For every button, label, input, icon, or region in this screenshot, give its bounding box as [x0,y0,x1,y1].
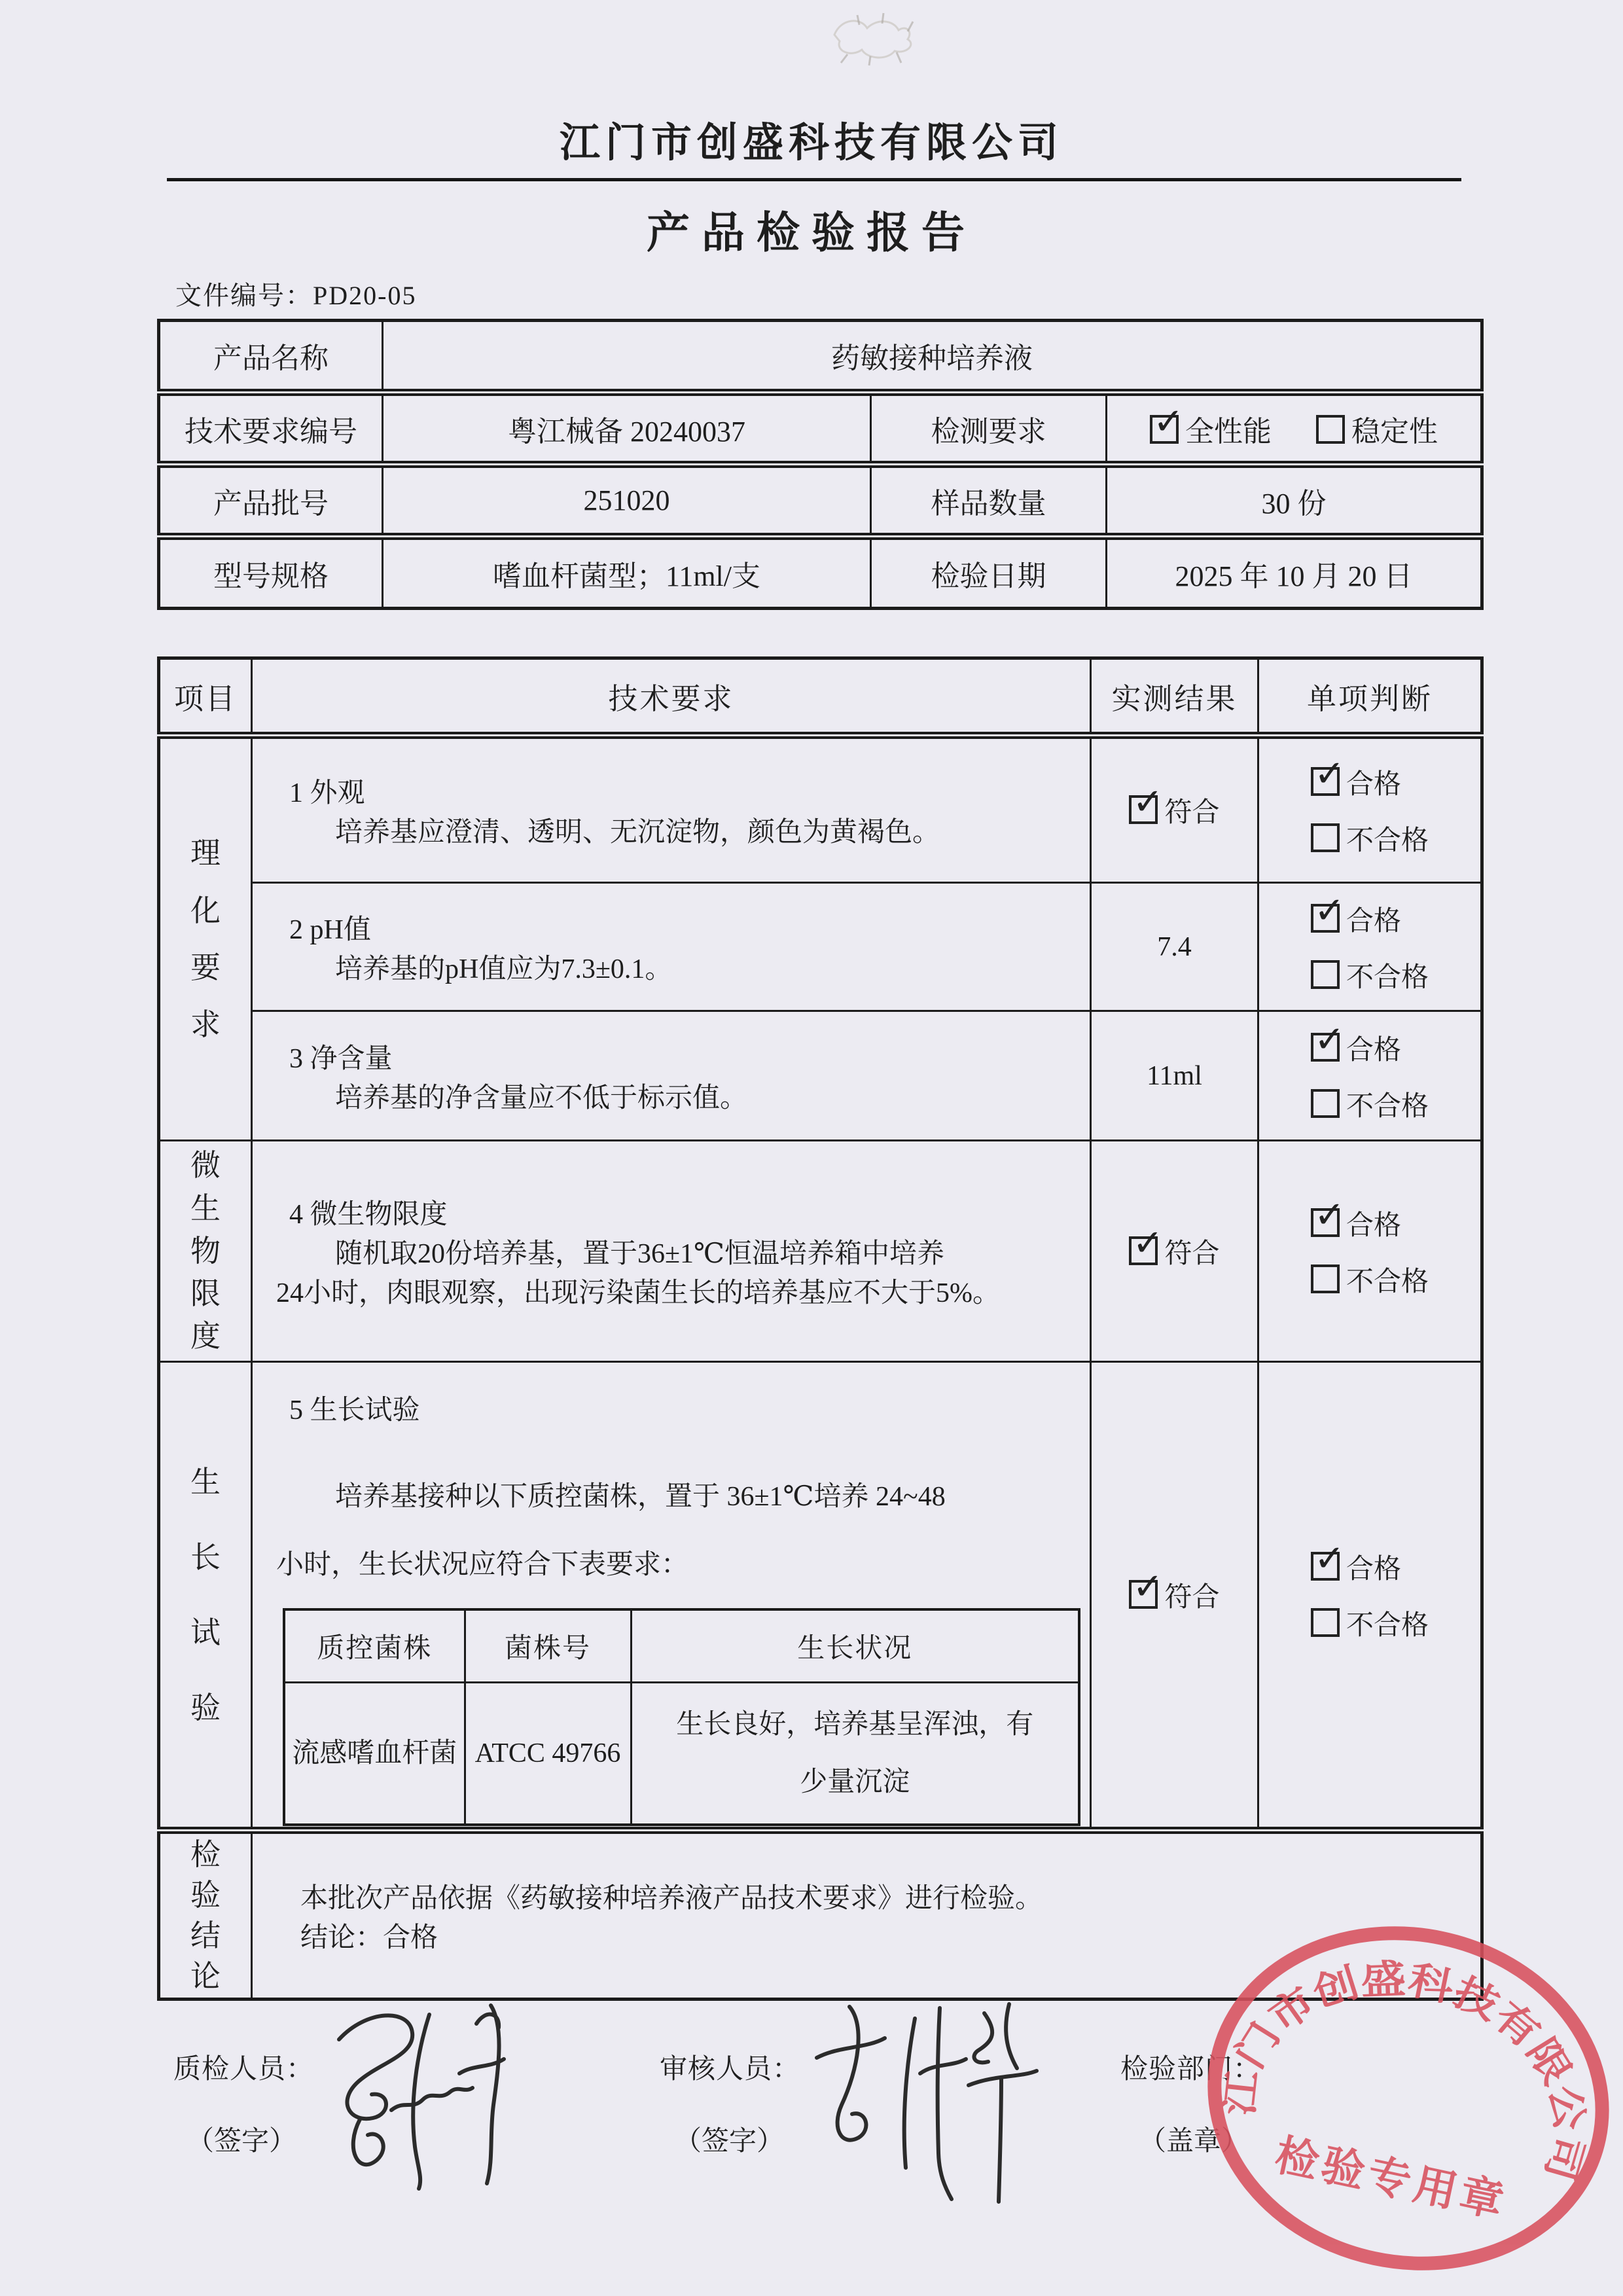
requirement-text: 培养基接种以下质控菌株，置于 36±1℃培养 24~48 [253,1475,1089,1514]
table-row: 产品批号 251020 样品数量 30 份 [159,465,1482,537]
reviewer-sign-hint: （签字） [674,2119,784,2159]
requirement-text: 培养基的净含量应不低于标示值。 [253,1076,1089,1115]
requirement-text: 小时，生长状况应符合下表要求： [253,1543,1089,1582]
result-text: 符合 [1164,1583,1219,1613]
judgement-ph: 合格 不合格 [1258,883,1482,1011]
fail-label: 不合格 [1346,963,1429,993]
table-row: 2 pH值 培养基的pH值应为7.3±0.1。 7.4 合格 不合格 [159,883,1482,1011]
requirement-text: 24小时，肉眼观察，出现污染菌生长的培养基应不大于5%。 [253,1271,1089,1310]
judgement-appearance: 合格 不合格 [1258,736,1482,883]
requirement-title: 2 pH值 [253,908,1089,947]
table-row: 技术要求编号 粤江械备 20240037 检测要求 全性能 稳定性 [159,393,1482,465]
header-divider [167,178,1461,181]
test-req-value: 全性能 稳定性 [1107,393,1482,465]
table-row: 型号规格 嗜血杆菌型；11ml/支 检验日期 2025 年 10 月 20 日 [159,537,1482,609]
checkbox-result-checked [1129,1580,1158,1609]
page-title: 产品检验报告 [0,198,1623,260]
product-info-table: 产品名称 药敏接种培养液 技术要求编号 粤江械备 20240037 检测要求 全… [157,319,1484,610]
sample-qty-value: 30 份 [1107,465,1482,537]
fail-label: 不合格 [1346,1267,1429,1297]
checkbox-result-checked [1129,795,1158,824]
requirement-title: 1 外观 [253,771,1089,810]
result-micro-limit: 符合 [1091,1141,1258,1362]
checkbox-stability-unchecked [1316,415,1345,444]
pass-label: 合格 [1346,1554,1401,1585]
result-appearance: 符合 [1091,736,1258,883]
group-label-micro: 微生物限度 [159,1141,252,1362]
scan-smudge-artifact [821,5,939,71]
document-number: 文件编号：PD20-05 [175,275,416,312]
growth-status-line: 少量沉淀 [633,1753,1078,1811]
strain-no-value: ATCC 49766 [465,1683,631,1825]
qc-signature [281,1995,537,2198]
result-ph: 7.4 [1091,883,1258,1011]
model-value: 嗜血杆菌型；11ml/支 [383,537,871,609]
requirement-micro-limit: 4 微生物限度 随机取20份培养基，置于36±1℃恒温培养箱中培养 24小时，肉… [252,1141,1091,1362]
group-label-physchem: 理化要求 [159,736,252,1141]
judgement-growth-test: 合格 不合格 [1258,1362,1482,1831]
stamp-caption-text: 检验专用章 [1271,2132,1511,2227]
date-label: 检验日期 [871,537,1107,609]
stability-label: 稳定性 [1351,416,1438,448]
result-text: 符合 [1164,1239,1219,1269]
pass-label: 合格 [1346,770,1401,800]
reviewer-signature [798,1990,1047,2212]
product-name-label: 产品名称 [159,321,383,393]
requirement-title: 4 微生物限度 [253,1193,1089,1232]
requirement-text: 随机取20份培养基，置于36±1℃恒温培养箱中培养 [253,1232,1089,1271]
inspection-result-table: 项目 技术要求 实测结果 单项判断 理化要求 1 外观 培养基应澄清、透明、无沉… [157,656,1484,2001]
group-label-growth: 生长试验 [159,1362,252,1831]
judgement-micro-limit: 合格 不合格 [1258,1141,1482,1362]
fail-label: 不合格 [1346,826,1429,856]
checkbox-fail-unchecked [1311,960,1340,989]
batch-label: 产品批号 [159,465,383,537]
group-label-conclusion: 检验结论 [159,1831,252,2000]
requirement-text: 培养基的pH值应为7.3±0.1。 [253,947,1089,986]
batch-value: 251020 [383,465,871,537]
pass-label: 合格 [1346,906,1401,937]
full-performance-option: 全性能 [1150,416,1272,448]
requirement-growth-test: 5 生长试验 培养基接种以下质控菌株，置于 36±1℃培养 24~48 小时，生… [252,1362,1091,1831]
requirement-title: 3 净含量 [253,1037,1089,1076]
requirement-title: 5 生长试验 [253,1388,1089,1427]
table-row: 3 净含量 培养基的净含量应不低于标示值。 11ml 合格 不合格 [159,1011,1482,1141]
col-header-judgement: 单项判断 [1258,658,1482,736]
checkbox-fail-unchecked [1311,1089,1340,1118]
conclusion-basis: 本批次产品依据《药敏接种培养液产品技术要求》进行检验。 [253,1876,1480,1916]
company-inspection-stamp: 江门市创盛科技有限公司 检验专用章 [1196,1926,1620,2271]
table-row: 微生物限度 4 微生物限度 随机取20份培养基，置于36±1℃恒温培养箱中培养 … [159,1141,1482,1362]
company-name: 江门市创盛科技有限公司 [0,110,1623,168]
checkbox-pass-checked [1311,767,1340,796]
full-performance-label: 全性能 [1185,416,1272,448]
result-text: 符合 [1164,798,1219,828]
col-header-requirement: 技术要求 [252,658,1091,736]
product-name-value: 药敏接种培养液 [383,321,1482,393]
col-header-result: 实测结果 [1091,658,1258,736]
requirement-appearance: 1 外观 培养基应澄清、透明、无沉淀物，颜色为黄褐色。 [252,736,1091,883]
sample-qty-label: 样品数量 [871,465,1107,537]
qc-strain-value: 流感嗜血杆菌 [284,1683,465,1825]
result-growth-test: 符合 [1091,1362,1258,1831]
qc-sign-hint: （签字） [187,2119,296,2159]
checkbox-result-checked [1129,1236,1158,1265]
document-number-value: PD20-05 [313,281,416,310]
fail-label: 不合格 [1346,1611,1429,1641]
checkbox-pass-checked [1311,904,1340,933]
growth-status-value: 生长良好，培养基呈浑浊，有 少量沉淀 [631,1683,1079,1825]
scanned-report-page: 江门市创盛科技有限公司 产品检验报告 文件编号：PD20-05 产品名称 药敏接… [0,0,1623,2296]
result-net-content: 11ml [1091,1011,1258,1141]
table-row: 理化要求 1 外观 培养基应澄清、透明、无沉淀物，颜色为黄褐色。 符合 合格 不… [159,736,1482,883]
document-number-label: 文件编号： [175,281,313,310]
checkbox-pass-checked [1311,1208,1340,1237]
growth-table-header-row: 质控菌株 菌株号 生长状况 [284,1609,1079,1683]
reviewer-label: 审核人员： [660,2047,800,2087]
checkbox-fail-unchecked [1311,1608,1340,1637]
growth-test-table: 质控菌株 菌株号 生长状况 流感嗜血杆菌 ATCC 49766 生长良好，培养基… [283,1608,1080,1826]
pass-label: 合格 [1346,1035,1401,1066]
col-header-growth-status: 生长状况 [631,1609,1079,1683]
fail-label: 不合格 [1346,1092,1429,1122]
growth-table-data-row: 流感嗜血杆菌 ATCC 49766 生长良好，培养基呈浑浊，有 少量沉淀 [284,1683,1079,1825]
checkbox-full-performance-checked [1150,415,1179,444]
table-header-row: 项目 技术要求 实测结果 单项判断 [159,658,1482,736]
requirement-text: 培养基应澄清、透明、无沉淀物，颜色为黄褐色。 [253,810,1089,850]
checkbox-pass-checked [1311,1033,1340,1062]
tech-req-no-value: 粤江械备 20240037 [383,393,871,465]
checkbox-fail-unchecked [1311,1265,1340,1293]
date-value: 2025 年 10 月 20 日 [1107,537,1482,609]
col-header-qc-strain: 质控菌株 [284,1609,465,1683]
growth-status-line: 生长良好，培养基呈浑浊，有 [633,1696,1078,1753]
requirement-net-content: 3 净含量 培养基的净含量应不低于标示值。 [252,1011,1091,1141]
pass-label: 合格 [1346,1211,1401,1241]
table-row: 产品名称 药敏接种培养液 [159,321,1482,393]
test-req-label: 检测要求 [871,393,1107,465]
checkbox-pass-checked [1311,1552,1340,1581]
judgement-net-content: 合格 不合格 [1258,1011,1482,1141]
col-header-item: 项目 [159,658,252,736]
model-label: 型号规格 [159,537,383,609]
table-row: 生长试验 5 生长试验 培养基接种以下质控菌株，置于 36±1℃培养 24~48… [159,1362,1482,1831]
stability-option: 稳定性 [1316,416,1438,448]
requirement-ph: 2 pH值 培养基的pH值应为7.3±0.1。 [252,883,1091,1011]
checkbox-fail-unchecked [1311,823,1340,852]
col-header-strain-no: 菌株号 [465,1609,631,1683]
tech-req-no-label: 技术要求编号 [159,393,383,465]
